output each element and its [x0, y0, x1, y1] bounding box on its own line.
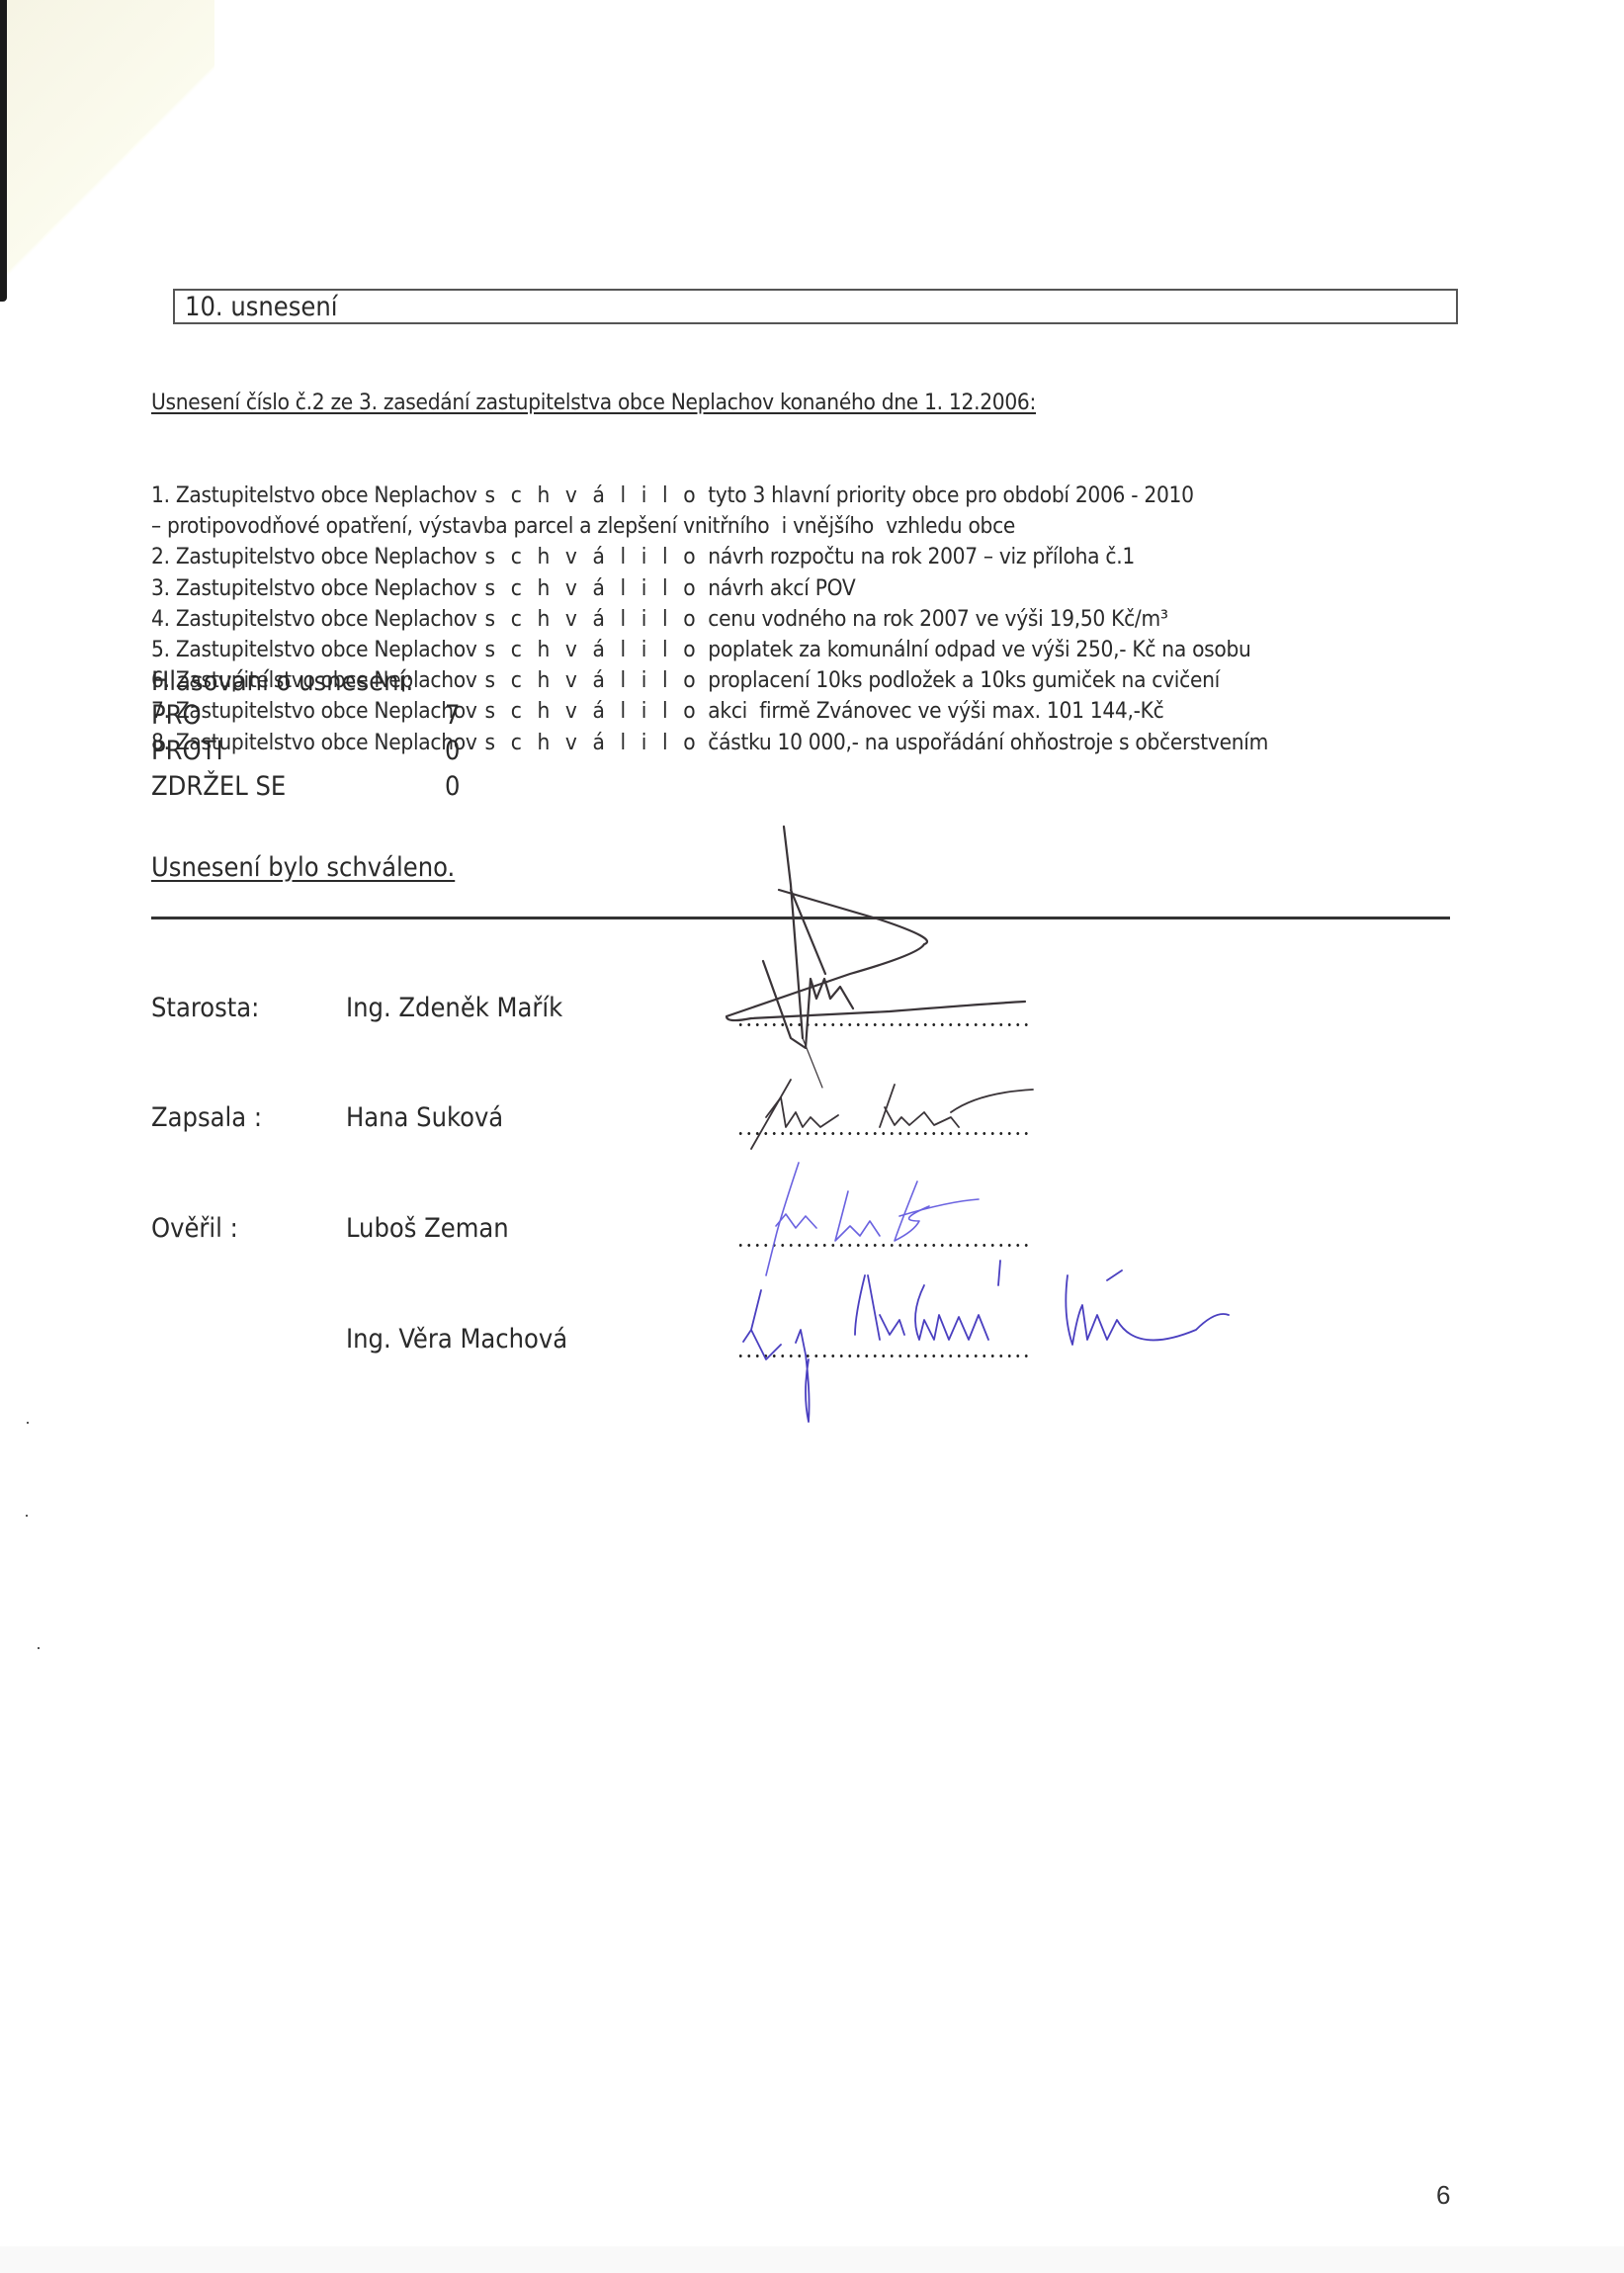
page-number: 6 — [1436, 2180, 1450, 2211]
signatory-role: Zapsala : — [151, 1102, 262, 1133]
resolution-subject: Zastupitelstvo obce Neplachov — [176, 482, 477, 508]
section-heading-box: 10. usnesení — [173, 289, 1458, 324]
signature-dotted-line — [736, 1132, 1028, 1135]
signatory-name: Hana Suková — [346, 1102, 503, 1133]
signature-dotted-line — [736, 1244, 1028, 1247]
voting-count: 7 — [445, 700, 460, 731]
resolution-verb: s c h v á l i l o — [485, 667, 701, 693]
resolution-item-number: 1. — [151, 482, 170, 508]
resolution-item-text: – protipovodňové opatření, výstavba parc… — [151, 513, 1015, 539]
section-heading: 10. usnesení — [185, 291, 338, 323]
separator-line — [151, 917, 1450, 919]
resolution-verb: s c h v á l i l o — [485, 730, 701, 755]
resolution-verb: s c h v á l i l o — [485, 698, 701, 724]
signature-dotted-line — [736, 1023, 1028, 1026]
resolution-item-text: tyto 3 hlavní priority obce pro období 2… — [708, 482, 1193, 508]
signature-dotted-line — [736, 1355, 1028, 1357]
resolution-verb: s c h v á l i l o — [485, 637, 701, 662]
signature-machova — [743, 1261, 1229, 1422]
scan-speck — [26, 1515, 28, 1517]
resolution-subject: Zastupitelstvo obce Neplachov — [176, 606, 477, 632]
resolution-subject: Zastupitelstvo obce Neplachov — [176, 575, 477, 601]
signatory-name: Luboš Zeman — [346, 1213, 509, 1244]
voting-label: ZDRŽEL SE — [151, 771, 286, 802]
resolution-subject: Zastupitelstvo obce Neplachov — [176, 544, 477, 569]
resolution-item: 4. Zastupitelstvo obce Neplachovs c h v … — [151, 604, 1268, 635]
resolution-item-text: návrh akcí POV — [708, 575, 855, 601]
resolution-item-number: 3. — [151, 575, 170, 601]
resolution-verb: s c h v á l i l o — [485, 544, 701, 569]
resolution-subject: Zastupitelstvo obce Neplachov — [176, 698, 477, 724]
resolution-item-text: cenu vodného na rok 2007 ve výši 19,50 K… — [708, 606, 1167, 632]
resolution-item-text: akci firmě Zvánovec ve výši max. 101 144… — [708, 698, 1163, 724]
voting-count: 0 — [445, 771, 460, 802]
scan-speck — [38, 1647, 40, 1649]
signatory-role: Starosta: — [151, 993, 259, 1023]
signatory-name: Ing. Věra Machová — [346, 1324, 567, 1355]
resolution-item-number: 5. — [151, 637, 170, 662]
signature-starosta — [727, 827, 1025, 1088]
resolution-items: 1. Zastupitelstvo obce Neplachovs c h v … — [151, 481, 1268, 758]
resolution-item: 8. Zastupitelstvo obce Neplachovs c h v … — [151, 728, 1268, 758]
resolution-item: 7. Zastupitelstvo obce Neplachovs c h v … — [151, 696, 1268, 727]
resolution-item-continuation: – protipovodňové opatření, výstavba parc… — [151, 511, 1268, 542]
scan-bottom-band — [0, 2246, 1624, 2273]
scan-shadow — [7, 0, 214, 287]
resolution-item-number: 2. — [151, 544, 170, 569]
resolution-verb: s c h v á l i l o — [485, 482, 701, 508]
resolution-item-text: částku 10 000,- na uspořádání ohňostroje… — [708, 730, 1268, 755]
voting-label: PRO — [151, 700, 202, 731]
resolution-body: Usnesení číslo č.2 ze 3. zasedání zastup… — [151, 326, 1268, 789]
scan-speck — [27, 1422, 29, 1424]
resolution-item: 3. Zastupitelstvo obce Neplachovs c h v … — [151, 573, 1268, 604]
resolution-item-text: proplacení 10ks podložek a 10ks gumiček … — [708, 667, 1220, 693]
scan-edge — [0, 0, 7, 302]
signatory-name: Ing. Zdeněk Mařík — [346, 993, 562, 1023]
signature-zapsala — [751, 1080, 1033, 1149]
resolution-title: Usnesení číslo č.2 ze 3. zasedání zastup… — [151, 388, 1268, 418]
signatory-role: Ověřil : — [151, 1213, 238, 1244]
signature-overil — [766, 1163, 979, 1275]
voting-label: PROTI — [151, 736, 223, 766]
voting-count: 0 — [445, 736, 460, 766]
resolution-verb: s c h v á l i l o — [485, 575, 701, 601]
resolution-item: 2. Zastupitelstvo obce Neplachovs c h v … — [151, 542, 1268, 572]
voting-title: Hlasování o usnesení: — [151, 664, 413, 700]
voting-result: Usnesení bylo schváleno. — [151, 852, 455, 883]
resolution-item-text: návrh rozpočtu na rok 2007 – viz příloha… — [708, 544, 1135, 569]
resolution-subject: Zastupitelstvo obce Neplachov — [176, 637, 477, 662]
resolution-item: 1. Zastupitelstvo obce Neplachovs c h v … — [151, 481, 1268, 511]
resolution-item-number: 4. — [151, 606, 170, 632]
resolution-item-text: poplatek za komunální odpad ve výši 250,… — [708, 637, 1250, 662]
resolution-verb: s c h v á l i l o — [485, 606, 701, 632]
resolution-item: 5. Zastupitelstvo obce Neplachovs c h v … — [151, 635, 1268, 665]
